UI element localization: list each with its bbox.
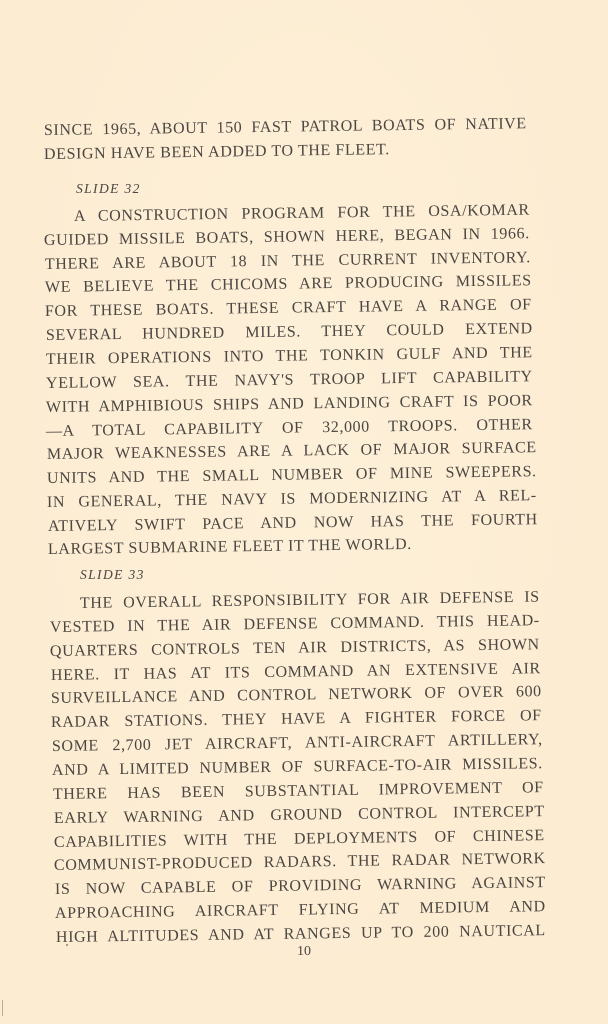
text-line: A CONSTRUCTION PROGRAM FOR THE OSA/KOMAR	[74, 202, 530, 226]
text-line: —A TOTAL CAPABILITY OF 32,000 TROOPS. OT…	[46, 416, 533, 441]
text-line: IS NOW CAPABLE OF PROVIDING WARNING AGAI…	[55, 874, 546, 899]
text-line: DESIGN HAVE BEEN ADDED TO THE FLEET.	[44, 141, 390, 164]
text-line: GUIDED MISSILE BOATS, SHOWN HERE, BEGAN …	[44, 225, 530, 250]
text-line: THEIR OPERATIONS INTO THE TONKIN GULF AN…	[46, 344, 533, 369]
text-line: CAPABILITIES WITH THE DEPLOYMENTS OF CHI…	[54, 827, 545, 852]
text-line: COMMUNIST-PRODUCED RADARS. THE RADAR NET…	[54, 850, 546, 875]
page-number: 10	[0, 944, 608, 960]
text-line: RADAR STATIONS. THEY HAVE A FIGHTER FORC…	[51, 707, 542, 732]
text-line: SOME 2,700 JET AIRCRAFT, ANTI-AIRCRAFT A…	[52, 731, 543, 756]
text-line: WE BELIEVE THE CHICOMS ARE PRODUCING MIS…	[45, 272, 532, 297]
text-line: VESTED IN THE AIR DEFENSE COMMAND. THIS …	[50, 612, 540, 637]
text-line: THERE HAS BEEN SUBSTANTIAL IMPROVEMENT O…	[53, 779, 544, 804]
text-line: HERE. IT HAS AT ITS COMMAND AN EXTENSIVE…	[51, 660, 541, 685]
text-line: YELLOW SEA. THE NAVY'S TROOP LIFT CAPABI…	[46, 368, 533, 393]
text-line: IN GENERAL, THE NAVY IS MODERNIZING AT A…	[47, 487, 537, 512]
scan-speck	[66, 944, 68, 946]
text-line: SURVEILLANCE AND CONTROL NETWORK OF OVER…	[51, 683, 542, 708]
text-line: THERE ARE ABOUT 18 IN THE CURRENT INVENT…	[45, 249, 531, 274]
slide-33-label: SLIDE 33	[80, 567, 145, 583]
text-line: UNITS AND THE SMALL NUMBER OF MINE SWEEP…	[47, 463, 537, 488]
text-line: SEVERAL HUNDRED MILES. THEY COULD EXTEND	[46, 320, 533, 345]
document-page: SINCE 1965, ABOUT 150 FAST PATROL BOATS …	[0, 0, 608, 1024]
text-line: EARLY WARNING AND GROUND CONTROL INTERCE…	[54, 803, 545, 828]
text-line: QUARTERS CONTROLS TEN AIR DISTRICTS, AS …	[50, 636, 540, 661]
text-line: FOR THESE BOATS. THESE CRAFT HAVE A RANG…	[45, 296, 532, 321]
text-line: ATIVELY SWIFT PACE AND NOW HAS THE FOURT…	[48, 511, 538, 536]
text-line: LARGEST SUBMARINE FLEET IT THE WORLD.	[48, 536, 412, 559]
text-line: WITH AMPHIBIOUS SHIPS AND LANDING CRAFT …	[46, 392, 533, 417]
slide-32-label: SLIDE 32	[76, 181, 141, 197]
text-line: MAJOR WEAKNESSES ARE A LACK OF MAJOR SUR…	[47, 439, 537, 464]
text-line: AND A LIMITED NUMBER OF SURFACE-TO-AIR M…	[52, 755, 543, 780]
text-line: THE OVERALL RESPONSIBILITY FOR AIR DEFEN…	[80, 589, 540, 613]
text-line: APPROACHING AIRCRAFT FLYING AT MEDIUM AN…	[55, 898, 546, 923]
scan-edge-mark	[2, 1000, 3, 1016]
text-line: SINCE 1965, ABOUT 150 FAST PATROL BOATS …	[44, 115, 527, 140]
